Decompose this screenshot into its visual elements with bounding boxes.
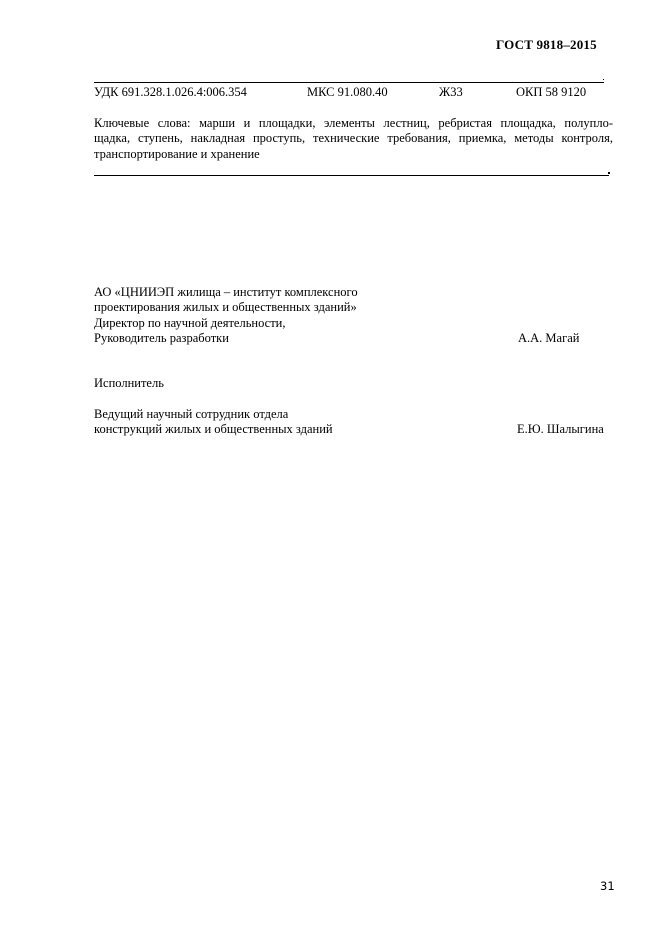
- organization-block: АО «ЦНИИЭП жилища – институт комплексног…: [94, 285, 358, 346]
- organization-line: Директор по научной деятельности,: [94, 316, 358, 331]
- zh-code: Ж33: [439, 85, 463, 100]
- signatory-shalygina: Е.Ю. Шалыгина: [517, 422, 604, 437]
- top-divider-dot: [603, 79, 604, 80]
- top-divider: [94, 82, 604, 83]
- organization-line: проектирования жилых и общественных здан…: [94, 300, 358, 315]
- keywords-paragraph: Ключевые слова: марши и площадки, элемен…: [94, 116, 613, 162]
- bottom-divider: [94, 175, 609, 176]
- executor-line: конструкций жилых и общественных зданий: [94, 422, 333, 437]
- mks-code: МКС 91.080.40: [307, 85, 388, 100]
- executor-line: Ведущий научный сотрудник отдела: [94, 407, 333, 422]
- bottom-divider-dot: [608, 172, 610, 174]
- okp-code: ОКП 58 9120: [516, 85, 586, 100]
- udk-code: УДК 691.328.1.026.4:006.354: [94, 85, 247, 100]
- keywords-line: щадка, ступень, накладная проступь, техн…: [94, 131, 613, 146]
- keywords-line: транспортирование и хранение: [94, 147, 613, 162]
- keywords-line: Ключевые слова: марши и площадки, элемен…: [94, 116, 613, 131]
- executor-label: Исполнитель: [94, 376, 164, 391]
- organization-line: АО «ЦНИИЭП жилища – институт комплексног…: [94, 285, 358, 300]
- page-number: 31: [600, 879, 615, 893]
- signatory-magai: А.А. Магай: [518, 331, 579, 346]
- executor-block: Ведущий научный сотрудник отдела констру…: [94, 407, 333, 438]
- standard-code: ГОСТ 9818–2015: [496, 37, 597, 53]
- organization-line: Руководитель разработки: [94, 331, 358, 346]
